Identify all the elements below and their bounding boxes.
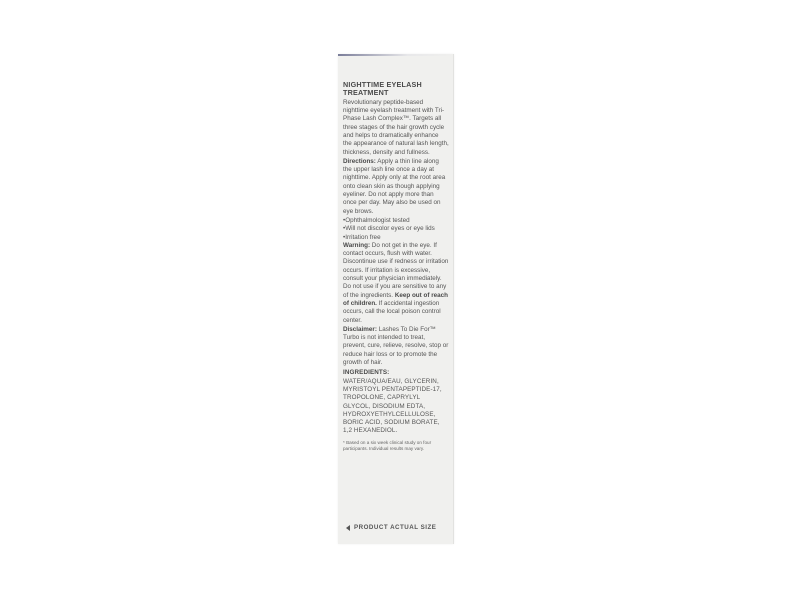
arrow-left-icon [346,525,350,531]
bullet-item: Will not discolor eyes or eye lids [343,225,449,233]
feature-bullets: Ophthalmologist tested Will not discolor… [343,217,449,242]
ingredients-label: INGREDIENTS: [343,369,389,376]
product-actual-size-note: PRODUCT ACTUAL SIZE [346,524,436,531]
bullet-item: Irritation free [343,234,449,242]
warning-text: Do not get in the eye. If contact occurs… [343,242,448,299]
ingredients-text: WATER/AQUA/EAU, GLYCERIN, MYRISTOYL PENT… [343,378,442,435]
warning-section: Warning: Do not get in the eye. If conta… [343,242,449,325]
disclaimer-label: Disclaimer: [343,326,377,333]
directions-label: Directions: [343,158,376,165]
warning-label: Warning: [343,242,370,249]
disclaimer-section: Disclaimer: Lashes To Die For™ Turbo is … [343,326,449,367]
actual-size-label: PRODUCT ACTUAL SIZE [354,524,436,531]
product-title: NIGHTTIME EYELASH TREATMENT [343,81,449,98]
box-top-edge [338,54,454,56]
directions-text: Apply a thin line along the upper lash l… [343,158,445,215]
footnote: * Based on a six week clinical study on … [343,440,449,452]
ingredients-section: INGREDIENTS: WATER/AQUA/EAU, GLYCERIN, M… [343,369,449,435]
product-label-text: NIGHTTIME EYELASH TREATMENT Revolutionar… [343,81,449,453]
directions-section: Directions: Apply a thin line along the … [343,158,449,216]
product-description: Revolutionary peptide-based nighttime ey… [343,99,449,157]
product-box-side-panel: NIGHTTIME EYELASH TREATMENT Revolutionar… [338,54,454,544]
box-right-edge [453,54,454,544]
bullet-item: Ophthalmologist tested [343,217,449,225]
